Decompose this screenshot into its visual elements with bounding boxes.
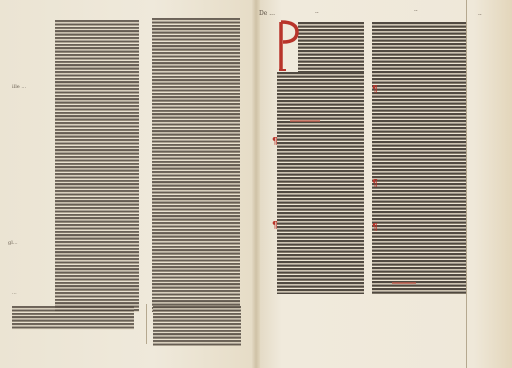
rubric-line (392, 282, 416, 284)
paragraph-mark: ¶ (272, 138, 278, 147)
paragraph-mark: ¶ (372, 86, 378, 95)
left-page-column-2 (152, 18, 240, 312)
initial-letter-p (277, 20, 299, 72)
left-footer-note: ... (12, 290, 17, 296)
left-page-footnote-2 (153, 306, 241, 346)
paragraph-mark: ¶ (372, 180, 378, 189)
running-head: De ... (259, 10, 275, 17)
folio-mark-2: .. (414, 6, 418, 13)
footnote-divider (146, 304, 147, 344)
left-margin-note-2: gl... (8, 240, 18, 246)
left-margin-note: ille ... (12, 84, 26, 90)
rubric-line (290, 120, 320, 122)
right-page-column-2 (372, 22, 466, 294)
paragraph-mark: ¶ (372, 224, 378, 233)
right-page-column-1-body (277, 72, 364, 294)
left-page-column-1 (55, 20, 139, 312)
right-page-column-1 (298, 22, 364, 72)
left-page-footnote-1 (12, 306, 134, 330)
book-gutter (252, 0, 260, 368)
folio-mark-3: .. (478, 10, 482, 17)
paragraph-mark: ¶ (272, 222, 278, 231)
folio-mark-1: .. (315, 8, 319, 15)
page-edge-line (466, 0, 467, 368)
